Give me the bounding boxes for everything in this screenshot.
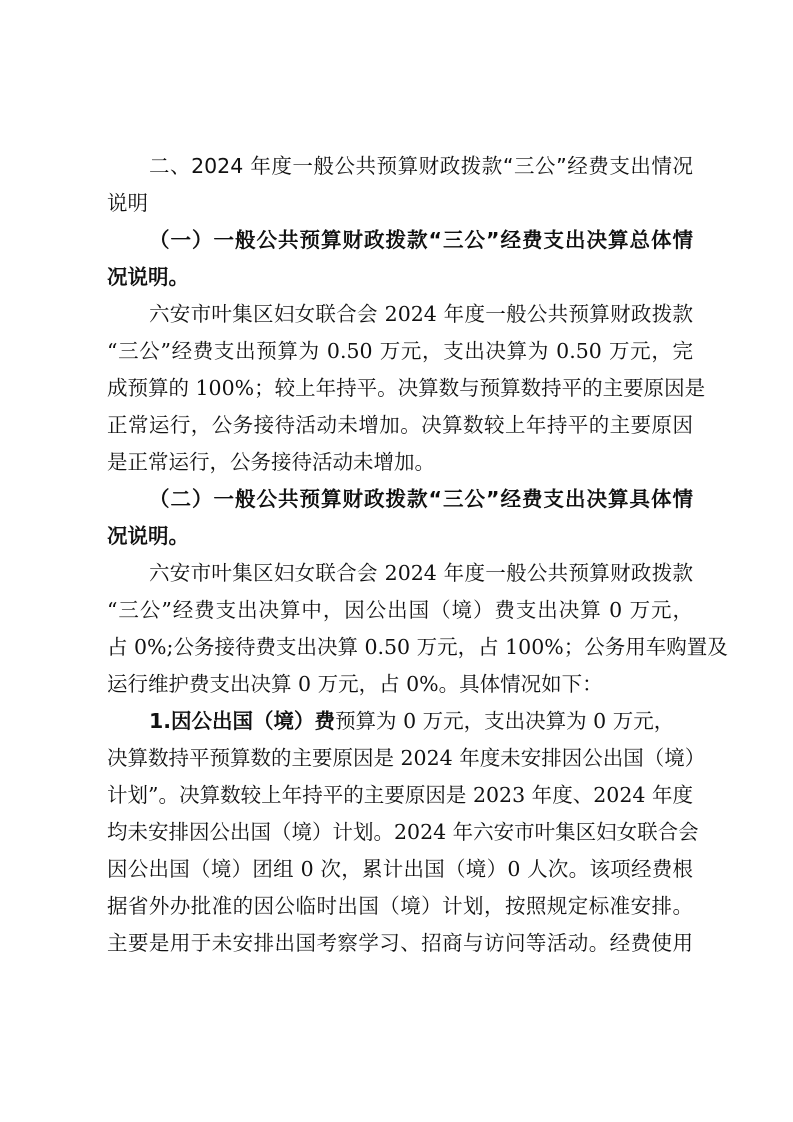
item1-body-line-4: 因公出国（境）团组 0 次，累计出国（境）0 人次。该项经费根 (107, 851, 693, 888)
sub1-heading-line-1: （一）一般公共预算财政拨款“三公”经费支出决算总体情 (107, 222, 693, 259)
sub2-body-line-4: 运行维护费支出决算 0 万元，占 0%。具体情况如下： (107, 666, 693, 703)
section-heading-line-1: 二、2024 年度一般公共预算财政拨款“三公”经费支出情况 (107, 148, 693, 185)
sub1-body-line-5: 是正常运行，公务接待活动未增加。 (107, 444, 693, 481)
item1-label: 1.因公出国（境）费 (149, 709, 335, 733)
sub2-heading-line-1: （二）一般公共预算财政拨款“三公”经费支出决算具体情 (107, 481, 693, 518)
item1-body-line-2: 计划”。决算数较上年持平的主要原因是 2023 年度、2024 年度 (107, 777, 693, 814)
item1-first-line: 1.因公出国（境）费预算为 0 万元，支出决算为 0 万元， (107, 703, 693, 740)
section-heading-line-2: 说明 (107, 185, 693, 222)
sub1-body-line-3: 成预算的 100%；较上年持平。决算数与预算数持平的主要原因是 (107, 370, 693, 407)
sub2-heading-line-2: 况说明。 (107, 518, 693, 555)
item1-body-line-1: 决算数持平预算数的主要原因是 2024 年度未安排因公出国（境） (107, 740, 693, 777)
sub1-body-line-1: 六安市叶集区妇女联合会 2024 年度一般公共预算财政拨款 (107, 296, 693, 333)
item1-first-line-rest: 预算为 0 万元，支出决算为 0 万元， (335, 709, 674, 733)
item1-body-line-5: 据省外办批准的因公临时出国（境）计划，按照规定标准安排。 (107, 888, 693, 925)
item1-body-line-3: 均未安排因公出国（境）计划。2024 年六安市叶集区妇女联合会 (107, 814, 693, 851)
sub2-body-line-3: 占 0%;公务接待费支出决算 0.50 万元，占 100%；公务用车购置及 (107, 629, 693, 666)
sub1-heading-line-2: 况说明。 (107, 259, 693, 296)
sub2-body-line-2: “三公”经费支出决算中，因公出国（境）费支出决算 0 万元， (107, 592, 693, 629)
item1-body-line-6: 主要是用于未安排出国考察学习、招商与访问等活动。经费使用 (107, 925, 693, 962)
sub1-body-line-4: 正常运行，公务接待活动未增加。决算数较上年持平的主要原因 (107, 407, 693, 444)
document-page: 二、2024 年度一般公共预算财政拨款“三公”经费支出情况 说明 （一）一般公共… (107, 148, 693, 962)
sub2-body-line-1: 六安市叶集区妇女联合会 2024 年度一般公共预算财政拨款 (107, 555, 693, 592)
sub1-body-line-2: “三公”经费支出预算为 0.50 万元，支出决算为 0.50 万元，完 (107, 333, 693, 370)
